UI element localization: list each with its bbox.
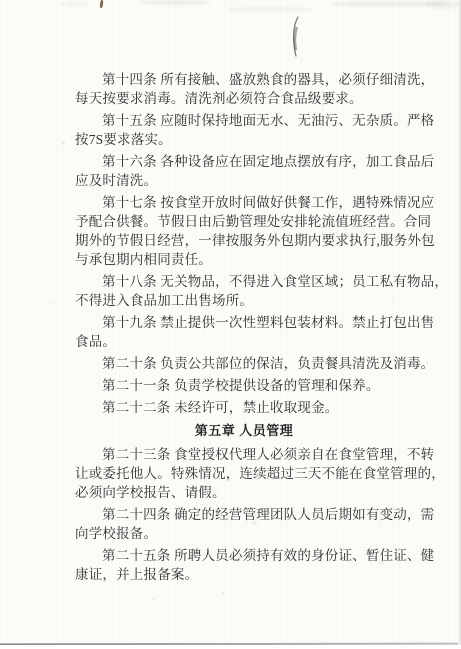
paragraph: 第十六条 各种设备应在固定地点摆放有序，加工食品后应及时清洗。 [75,152,413,190]
paragraph: 第十九条 禁止提供一次性塑料包装材料。禁止打包出售食品。 [75,313,413,351]
text-line: 每天按要求消毒。清洗剂必须符合食品级要求。 [75,89,413,108]
document-page: 第十四条 所有接触、盛放熟食的器具，必须仔细清洗，每天按要求消毒。清洗剂必须符合… [0,0,461,649]
paragraph: 第十五条 应随时保持地面无水、无油污、无杂质。严格按7S要求落实。 [75,111,413,149]
text-line: 第二十五条 所聘人员必须持有效的身份证、暂住证、健 [75,546,413,565]
text-line: 不得进入食品加工出售场所。 [75,291,413,310]
text-line: 第二十二条 未经许可，禁止收取现金。 [75,398,413,417]
text-line: 第十八条 无关物品，不得进入食堂区域；员工私有物品， [75,272,413,291]
paragraph: 第二十五条 所聘人员必须持有效的身份证、暂住证、健康证，并上报备案。 [75,546,413,584]
text-line: 按7S要求落实。 [75,130,413,149]
paragraph: 第二十一条 负责学校提供设备的管理和保养。 [75,376,413,395]
text-line: 第十五条 应随时保持地面无水、无油污、无杂质。严格 [75,111,413,130]
scan-smudge [426,0,460,9]
scan-smudge [60,2,90,6]
scan-artifact-tick [99,0,103,8]
paragraph: 第二十三条 食堂授权代理人必须亲自在食堂管理，不转让或委托他人。特殊情况，连续超… [75,445,413,502]
text-line: 第二十四条 确定的经营管理团队人员后期如有变动，需 [75,505,413,524]
text-line: 让或委托他人。特殊情况，连续超过三天不能在食堂管理的， [75,464,413,483]
text-line: 期外的节假日经营，一律按服务外包期内要求执行,服务外包 [75,231,413,250]
text-line: 第二十三条 食堂授权代理人必须亲自在食堂管理，不转 [75,445,413,464]
text-line: 康证，并上报备案。 [75,565,413,584]
paragraph: 第十七条 按食堂开放时间做好供餐工作，遇特殊情况应予配合供餐。节假日由后勤管理处… [75,193,413,269]
scan-smudge [140,0,210,5]
text-line: 予配合供餐。节假日由后勤管理处安排轮流值班经营。合同 [75,212,413,231]
scan-speckles [0,0,2,2]
paragraph: 第二十四条 确定的经营管理团队人员后期如有变动，需向学校报备。 [75,505,413,543]
scan-edge-below [0,645,461,649]
text-line: 第十七条 按食堂开放时间做好供餐工作，遇特殊情况应 [75,193,413,212]
text-line: 食品。 [75,332,413,351]
paragraph: 第二十二条 未经许可，禁止收取现金。 [75,398,413,417]
text-line: 必须向学校报告、请假。 [75,483,413,502]
text-line: 应及时清洗。 [75,171,413,190]
paragraph: 第二十条 负责公共部位的保洁，负责餐具清洗及消毒。 [75,354,413,373]
text-line: 第二十条 负责公共部位的保洁，负责餐具清洗及消毒。 [75,354,413,373]
text-line: 第十六条 各种设备应在固定地点摆放有序，加工食品后 [75,152,413,171]
chapter-heading: 第五章 人员管理 [75,421,413,440]
chapter-heading-text: 第五章 人员管理 [75,421,413,440]
text-line: 向学校报备。 [75,524,413,543]
document-text: 第十四条 所有接触、盛放熟食的器具，必须仔细清洗，每天按要求消毒。清洗剂必须符合… [75,70,413,587]
paragraph: 第十八条 无关物品，不得进入食堂区域；员工私有物品，不得进入食品加工出售场所。 [75,272,413,310]
text-line: 第二十一条 负责学校提供设备的管理和保养。 [75,376,413,395]
text-line: 与承包期内相同责任。 [75,250,413,269]
text-line: 第十九条 禁止提供一次性塑料包装材料。禁止打包出售 [75,313,413,332]
paragraph: 第十四条 所有接触、盛放熟食的器具，必须仔细清洗，每天按要求消毒。清洗剂必须符合… [75,70,413,108]
scan-artifact-pen-stroke [289,16,305,58]
text-line: 第十四条 所有接触、盛放熟食的器具，必须仔细清洗， [75,70,413,89]
scan-smudge [225,7,315,12]
